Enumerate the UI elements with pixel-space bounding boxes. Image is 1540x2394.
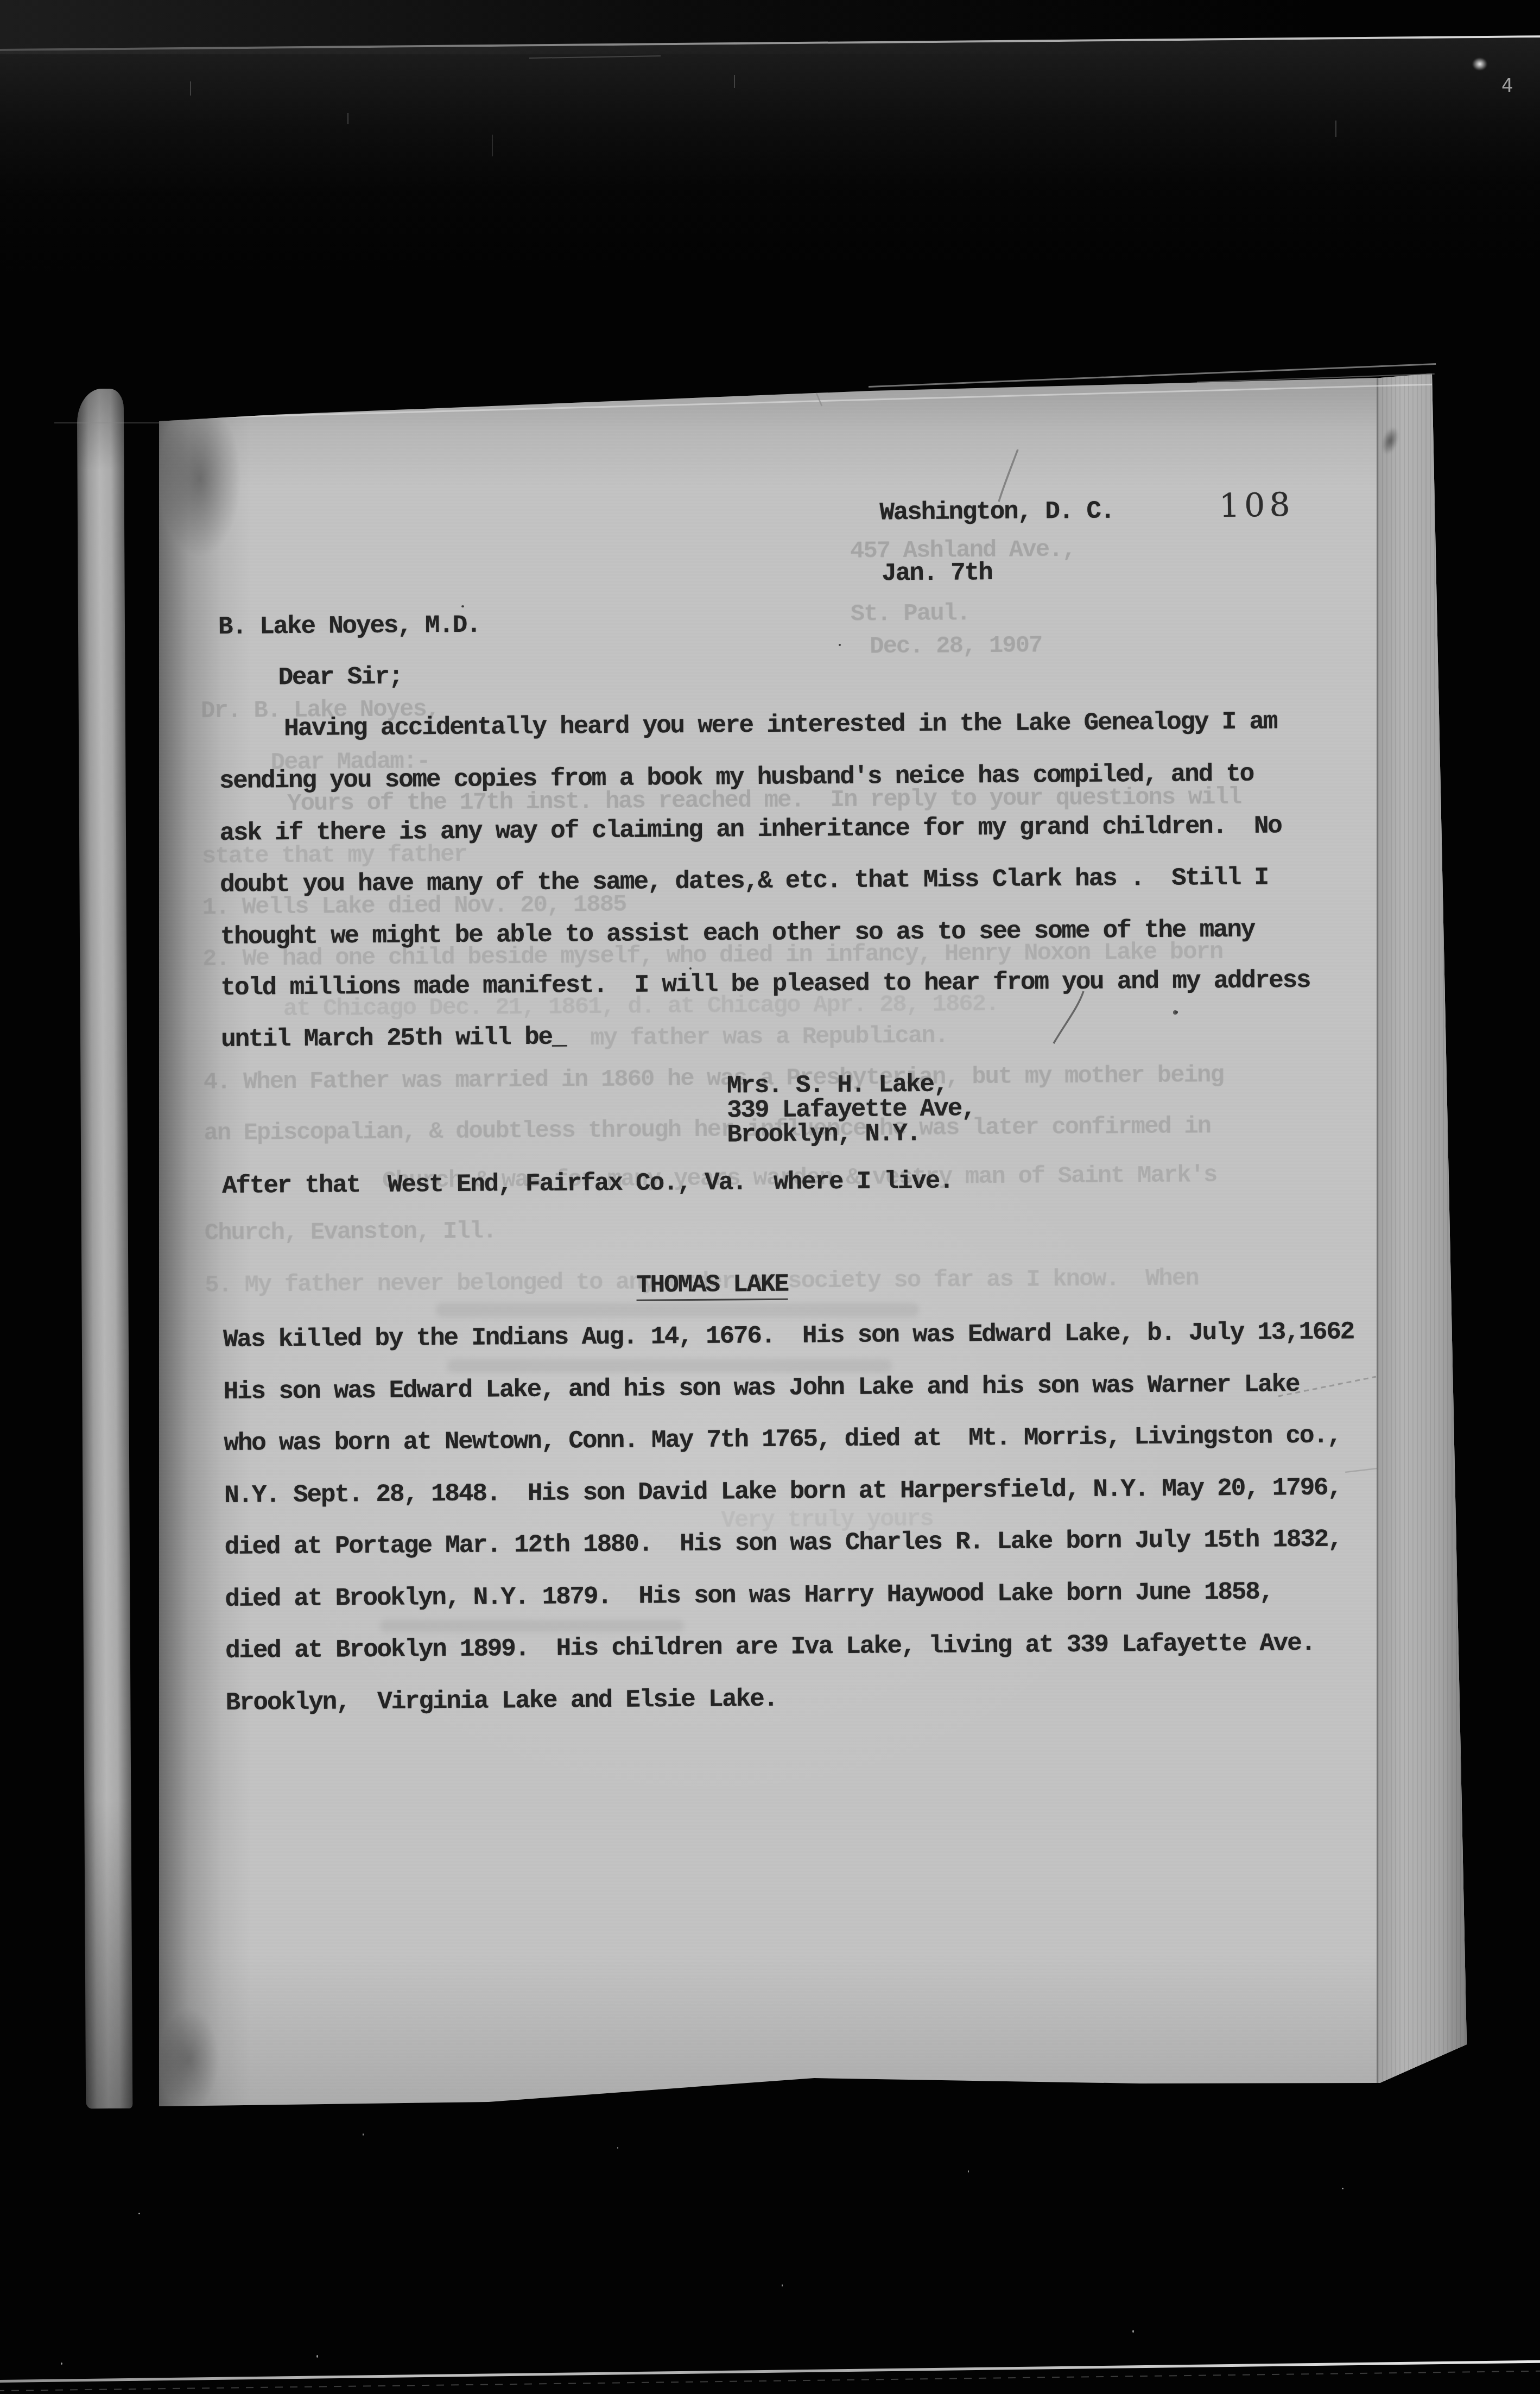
stray-ink-dot <box>689 967 692 970</box>
bleedthrough-smear <box>447 1359 892 1372</box>
scanned-letter-photograph: 4 457 Ashland Ave.,St. Paul.Dec. 28, 190… <box>0 0 1540 2394</box>
gutter-shadow-top <box>159 401 387 596</box>
letter-page <box>159 363 1468 2110</box>
stray-ink-dot <box>839 644 841 646</box>
dust-speck <box>61 2363 62 2365</box>
stray-ink-dot <box>461 605 464 607</box>
film-scratch <box>492 135 493 156</box>
film-white-blob <box>1472 58 1487 71</box>
stray-ink-dot <box>1175 1011 1178 1014</box>
film-scratch <box>1335 121 1336 137</box>
film-frame-haze <box>0 37 1540 284</box>
dust-speck <box>782 2284 783 2287</box>
dust-speck <box>363 2133 364 2136</box>
frame-corner-mark: 4 <box>1501 75 1513 97</box>
page-top-edge-highlight <box>162 384 1432 420</box>
film-scratch <box>347 113 348 124</box>
dust-speck <box>138 2213 140 2214</box>
gutter-shadow-bottom <box>159 1926 409 2111</box>
dust-speck <box>1132 2330 1134 2333</box>
film-scratch <box>190 81 191 96</box>
bleedthrough-smear <box>436 1303 919 1317</box>
dust-speck <box>968 2170 969 2173</box>
dust-speck <box>316 2355 318 2358</box>
bleedthrough-smear <box>380 1620 684 1632</box>
dust-speck <box>617 2147 618 2149</box>
film-frame-bottom-line-faint <box>0 2371 1540 2391</box>
underlying-page-edge <box>77 389 133 2108</box>
film-scratch <box>734 75 735 88</box>
page-number: 108 <box>1219 486 1295 525</box>
film-frame-bottom-line <box>0 2360 1540 2383</box>
book-fore-edge <box>1377 371 1468 2085</box>
dust-speck <box>1342 2188 1343 2189</box>
